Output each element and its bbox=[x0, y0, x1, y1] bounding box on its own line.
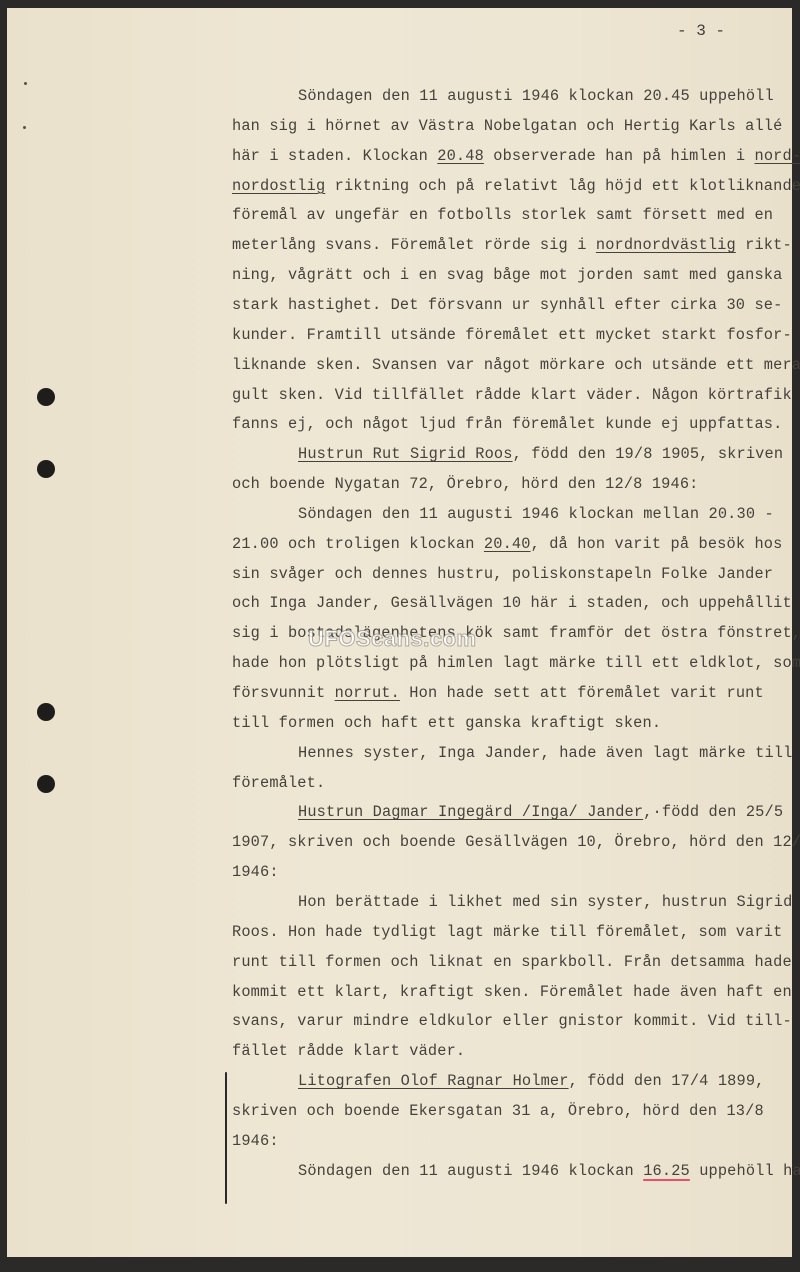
text-segment: Hon hade sett att föremålet varit runt bbox=[400, 684, 764, 702]
text-line: föremål av ungefär en fotbolls storlek s… bbox=[232, 205, 773, 225]
speck bbox=[23, 126, 26, 129]
text-segment: runt till formen och liknat en sparkboll… bbox=[232, 953, 792, 971]
text-line: kunder. Framtill utsände föremålet ett m… bbox=[232, 325, 792, 345]
punch-hole bbox=[37, 775, 55, 793]
text-line: Söndagen den 11 augusti 1946 klockan mel… bbox=[298, 504, 774, 524]
text-line: Litografen Olof Ragnar Holmer, född den … bbox=[298, 1071, 765, 1091]
text-segment: skriven och boende Ekersgatan 31 a, Öreb… bbox=[232, 1102, 764, 1120]
text-line: hade hon plötsligt på himlen lagt märke … bbox=[232, 653, 800, 673]
text-segment: sin svåger och dennes hustru, poliskonst… bbox=[232, 565, 773, 583]
text-segment: liknande sken. Svansen var något mörkare… bbox=[232, 356, 800, 374]
text-segment: 1946: bbox=[232, 1132, 279, 1150]
text-line: skriven och boende Ekersgatan 31 a, Öreb… bbox=[232, 1101, 764, 1121]
text-line: 1946: bbox=[232, 862, 279, 882]
text-segment: meterlång svans. Föremålet rörde sig i bbox=[232, 236, 596, 254]
text-segment: rikt- bbox=[736, 236, 792, 254]
punch-hole bbox=[37, 460, 55, 478]
text-segment: ning, vågrätt och i en svag båge mot jor… bbox=[232, 266, 782, 284]
text-line: Söndagen den 11 augusti 1946 klockan 16.… bbox=[298, 1161, 800, 1181]
underlined-text: Hustrun Dagmar Ingegärd /Inga/ Jander bbox=[298, 803, 643, 821]
underlined-text: 20.40 bbox=[484, 535, 531, 553]
text-line: kommit ett klart, kraftigt sken. Föremål… bbox=[232, 982, 792, 1002]
text-line: svans, varur mindre eldkulor eller gnist… bbox=[232, 1011, 792, 1031]
text-segment: fället rådde klart väder. bbox=[232, 1042, 465, 1060]
text-segment: försvunnit bbox=[232, 684, 335, 702]
text-segment: Hon berättade i likhet med sin syster, h… bbox=[298, 893, 792, 911]
text-line: Roos. Hon hade tydligt lagt märke till f… bbox=[232, 922, 782, 942]
text-line: föremålet. bbox=[232, 773, 325, 793]
text-line: 1907, skriven och boende Gesällvägen 10,… bbox=[232, 832, 800, 852]
text-segment: kommit ett klart, kraftigt sken. Föremål… bbox=[232, 983, 792, 1001]
text-line: gult sken. Vid tillfället rådde klart vä… bbox=[232, 385, 792, 405]
text-line: meterlång svans. Föremålet rörde sig i n… bbox=[232, 235, 792, 255]
punch-hole bbox=[37, 388, 55, 406]
underlined-text: Hustrun Rut Sigrid Roos bbox=[298, 445, 513, 463]
text-line: till formen och haft ett ganska kraftigt… bbox=[232, 713, 661, 733]
text-line: och boende Nygatan 72, Örebro, hörd den … bbox=[232, 474, 698, 494]
text-segment: föremålet. bbox=[232, 774, 325, 792]
underlined-text: 16.25 bbox=[643, 1162, 690, 1180]
text-segment: svans, varur mindre eldkulor eller gnist… bbox=[232, 1012, 792, 1030]
text-segment: , född den 19/8 1905, skriven bbox=[513, 445, 784, 463]
watermark: UFOScans.com bbox=[308, 626, 477, 652]
text-segment: hade hon plötsligt på himlen lagt märke … bbox=[232, 654, 800, 672]
punch-hole bbox=[37, 703, 55, 721]
text-line: här i staden. Klockan 20.48 observerade … bbox=[232, 146, 800, 166]
text-line: runt till formen och liknat en sparkboll… bbox=[232, 952, 792, 972]
underlined-text: nordnordvästlig bbox=[596, 236, 736, 254]
underlined-text: 20.48 bbox=[437, 147, 484, 165]
text-line: 21.00 och troligen klockan 20.40, då hon… bbox=[232, 534, 782, 554]
text-segment: 1946: bbox=[232, 863, 279, 881]
text-segment: observerade han på himlen i bbox=[484, 147, 755, 165]
text-line: försvunnit norrut. Hon hade sett att för… bbox=[232, 683, 764, 703]
text-segment: riktning och på relativt låg höjd ett kl… bbox=[325, 177, 800, 195]
page-number: - 3 - bbox=[677, 22, 725, 40]
text-line: ning, vågrätt och i en svag båge mot jor… bbox=[232, 265, 782, 285]
text-line: 1946: bbox=[232, 1131, 279, 1151]
text-segment: fanns ej, och något ljud från föremålet … bbox=[232, 415, 782, 433]
text-segment: till formen och haft ett ganska kraftigt… bbox=[232, 714, 661, 732]
text-line: Hon berättade i likhet med sin syster, h… bbox=[298, 892, 792, 912]
text-line: han sig i hörnet av Västra Nobelgatan oc… bbox=[232, 116, 782, 136]
text-line: Hennes syster, Inga Jander, hade även la… bbox=[298, 743, 792, 763]
text-segment: Söndagen den 11 augusti 1946 klockan mel… bbox=[298, 505, 774, 523]
text-segment: ,·född den 25/5 bbox=[643, 803, 783, 821]
text-segment: kunder. Framtill utsände föremålet ett m… bbox=[232, 326, 792, 344]
underlined-text: norrut. bbox=[335, 684, 400, 702]
text-line: Hustrun Dagmar Ingegärd /Inga/ Jander,·f… bbox=[298, 802, 783, 822]
text-segment: Söndagen den 11 augusti 1946 klockan bbox=[298, 1162, 643, 1180]
text-segment: uppehöll han bbox=[690, 1162, 800, 1180]
text-segment: och boende Nygatan 72, Örebro, hörd den … bbox=[232, 475, 698, 493]
text-line: fanns ej, och något ljud från föremålet … bbox=[232, 414, 782, 434]
text-segment: Söndagen den 11 augusti 1946 klockan 20.… bbox=[298, 87, 774, 105]
text-line: Söndagen den 11 augusti 1946 klockan 20.… bbox=[298, 86, 774, 106]
text-line: Hustrun Rut Sigrid Roos, född den 19/8 1… bbox=[298, 444, 783, 464]
document-page: - 3 - Söndagen den 11 augusti 1946 klock… bbox=[7, 8, 792, 1257]
text-segment: , då hon varit på besök hos bbox=[531, 535, 783, 553]
text-segment: här i staden. Klockan bbox=[232, 147, 437, 165]
text-segment: Hennes syster, Inga Jander, hade även la… bbox=[298, 744, 792, 762]
text-segment: föremål av ungefär en fotbolls storlek s… bbox=[232, 206, 773, 224]
text-line: liknande sken. Svansen var något mörkare… bbox=[232, 355, 800, 375]
text-segment: 21.00 och troligen klockan bbox=[232, 535, 484, 553]
text-line: sin svåger och dennes hustru, poliskonst… bbox=[232, 564, 773, 584]
speck bbox=[24, 82, 27, 85]
text-segment: och Inga Jander, Gesällvägen 10 här i st… bbox=[232, 594, 792, 612]
underlined-text: nordostlig bbox=[232, 177, 325, 195]
text-line: fället rådde klart väder. bbox=[232, 1041, 465, 1061]
text-line: stark hastighet. Det försvann ur synhåll… bbox=[232, 295, 782, 315]
text-segment: , född den 17/4 1899, bbox=[569, 1072, 765, 1090]
text-line: nordostlig riktning och på relativt låg … bbox=[232, 176, 800, 196]
text-segment: 1907, skriven och boende Gesällvägen 10,… bbox=[232, 833, 800, 851]
text-segment: Roos. Hon hade tydligt lagt märke till f… bbox=[232, 923, 782, 941]
text-segment: gult sken. Vid tillfället rådde klart vä… bbox=[232, 386, 792, 404]
text-segment: stark hastighet. Det försvann ur synhåll… bbox=[232, 296, 782, 314]
margin-mark bbox=[225, 1072, 227, 1204]
text-line: och Inga Jander, Gesällvägen 10 här i st… bbox=[232, 593, 792, 613]
text-segment: han sig i hörnet av Västra Nobelgatan oc… bbox=[232, 117, 782, 135]
underlined-text: nord- bbox=[754, 147, 800, 165]
underlined-text: Litografen Olof Ragnar Holmer bbox=[298, 1072, 569, 1090]
